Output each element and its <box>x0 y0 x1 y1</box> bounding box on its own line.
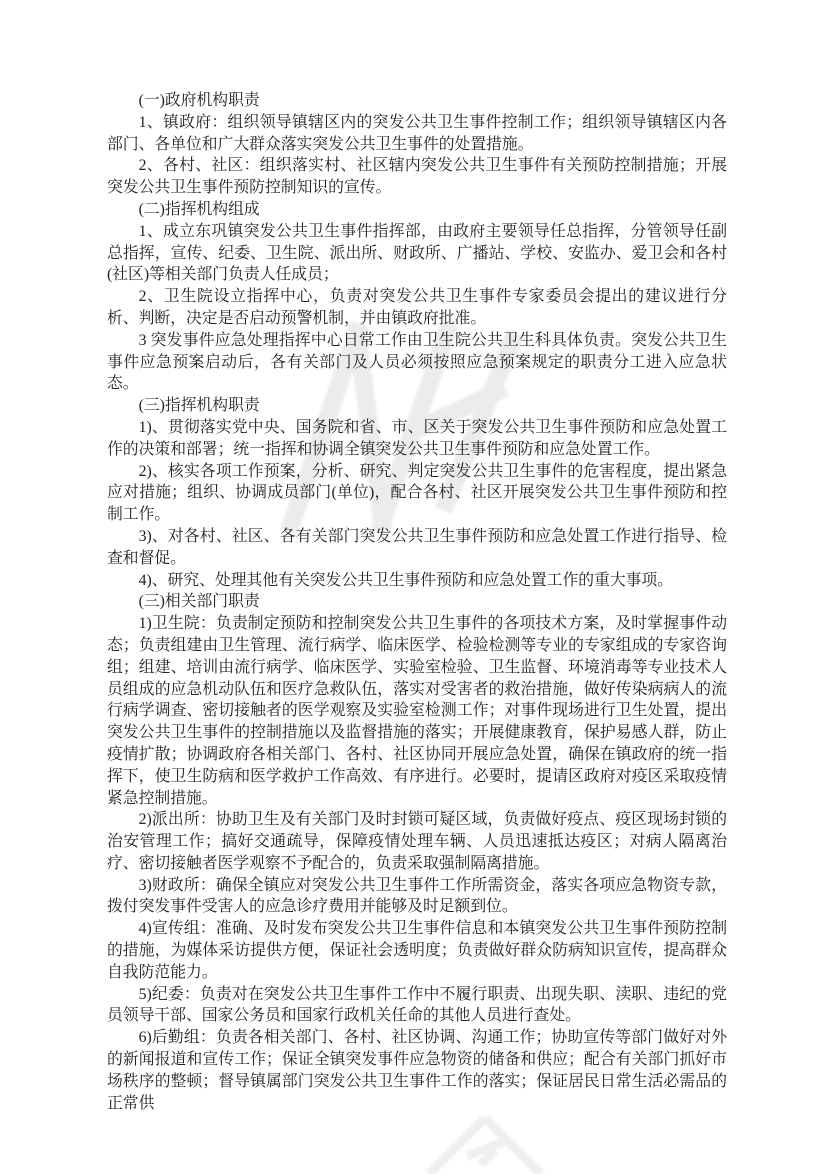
paragraph: 4)宣传组：准确、及时发布突发公共卫生事件信息和本镇突发公共卫生事件预防控制的措… <box>107 918 727 983</box>
paragraph: 4)、研究、处理其他有关突发公共卫生事件预防和应急处置工作的重大事项。 <box>107 570 727 592</box>
section-heading: (二)指挥机构组成 <box>107 199 727 221</box>
paragraph: 2、各村、社区：组织落实村、社区辖内突发公共卫生事件有关预防控制措施；开展突发公… <box>107 155 727 199</box>
section-heading: (三)相关部门职责 <box>107 591 727 613</box>
document-body: (一)政府机构职责1、镇政府：组织领导镇辖区内的突发公共卫生事件控制工作；组织领… <box>107 90 727 1114</box>
paragraph: 6)后勤组：负责各相关部门、各村、社区协调、沟通工作；协助宣传等部门做好对外的新… <box>107 1027 727 1114</box>
paragraph: 1)卫生院：负责制定预防和控制突发公共卫生事件的各项技术方案，及时掌握事件动态；… <box>107 613 727 809</box>
paragraph: 5)纪委：负责对在突发公共卫生事件工作中不履行职责、出现失职、渎职、违纪的党员领… <box>107 984 727 1028</box>
paragraph: 3)财政所：确保全镇应对突发公共卫生事件工作所需资金，落实各项应急物资专款，拨付… <box>107 875 727 919</box>
paragraph: 3)、对各村、社区、各有关部门突发公共卫生事件预防和应急处置工作进行指导、检查和… <box>107 526 727 570</box>
paragraph: 2、卫生院设立指挥中心，负责对突发公共卫生事件专家委员会提出的建议进行分析、判断… <box>107 286 727 330</box>
section-heading: (三)指挥机构职责 <box>107 395 727 417</box>
paragraph: 1)、贯彻落实党中央、国务院和省、市、区关于突发公共卫生事件预防和应急处置工作的… <box>107 417 727 461</box>
section-heading: (一)政府机构职责 <box>107 90 727 112</box>
paragraph: 1、镇政府：组织领导镇辖区内的突发公共卫生事件控制工作；组织领导镇辖区内各部门、… <box>107 112 727 156</box>
watermark-bottom-triangle <box>415 1112 555 1174</box>
paragraph: 3 突发事件应急处理指挥中心日常工作由卫生院公共卫生科具体负责。突发公共卫生事件… <box>107 330 727 395</box>
paragraph: 1、成立东巩镇突发公共卫生事件指挥部，由政府主要领导任总指挥，分管领导任副总指挥… <box>107 221 727 286</box>
paragraph: 2)派出所：协助卫生及有关部门及时封锁可疑区域，负责做好疫点、疫区现场封锁的治安… <box>107 809 727 874</box>
document-page: (一)政府机构职责1、镇政府：组织领导镇辖区内的突发公共卫生事件控制工作；组织领… <box>0 0 830 1174</box>
paragraph: 2)、核实各项工作预案，分析、研究、判定突发公共卫生事件的危害程度，提出紧急应对… <box>107 461 727 526</box>
watermark-bottom-shape <box>415 1112 555 1174</box>
